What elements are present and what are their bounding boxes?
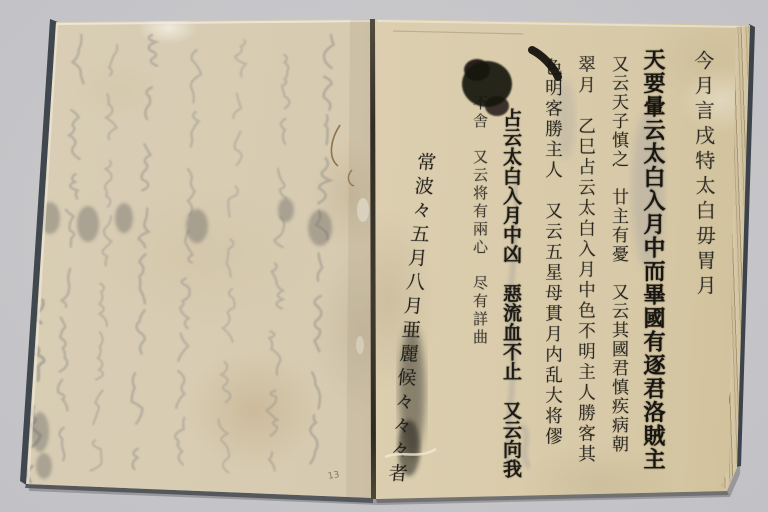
bleedthrough-blot (308, 210, 332, 246)
text-column-2: 天要暈云太白入月中而畢國有逐君洛賊主 (641, 48, 663, 480)
grey-scribble (522, 425, 530, 468)
bleedthrough-blot (31, 412, 49, 452)
bleedthrough-blot (77, 206, 99, 242)
pencil-annotation: 13 (327, 470, 340, 482)
text-column-3: 又云天子慎之 廿主有憂 又云其國君慎疾病朝 (609, 55, 626, 475)
bleedthrough-column (267, 55, 290, 471)
bleedthrough-column (175, 50, 201, 464)
text-column-1: 今月言戌特太白毋胃月 (693, 50, 716, 310)
bleedthrough-column (91, 45, 118, 471)
text-column-6: 占云太白入月中凶 惡流血不止 又云向我 (501, 108, 520, 483)
paper-edge-highlight (377, 21, 748, 27)
text-column-4: 翠月 乙巳占云太白入月中色不明主人勝客其 (576, 55, 594, 485)
bleedthrough-column (310, 35, 333, 463)
bleedthrough-blot (186, 209, 208, 243)
paper-edge-highlight (57, 21, 373, 24)
tear-mark (331, 125, 340, 166)
bleedthrough-blot (278, 198, 294, 222)
bleedthrough-column (219, 40, 246, 472)
text-column-5: 色明客勝主人 又云五星母貫月内乱大将僇 (543, 58, 561, 483)
bleedthrough-blot (36, 453, 52, 479)
bleedthrough-column (58, 35, 83, 460)
text-column-7: 不舎 又云将有兩心 尽有詳曲 (472, 95, 487, 355)
paper-edge-highlight (28, 24, 57, 483)
bleedthrough-column (132, 35, 158, 469)
crease-line (393, 31, 523, 34)
manuscript-photograph: 13 今月言戌特太白毋胃月 天要暈云太白入月中而畢國有逐君洛賊主 又云天子慎之 … (0, 0, 768, 512)
text-column-8: 常波々五月八月亜麗候々々々者 (385, 152, 435, 497)
bleedthrough-blot (115, 203, 133, 233)
